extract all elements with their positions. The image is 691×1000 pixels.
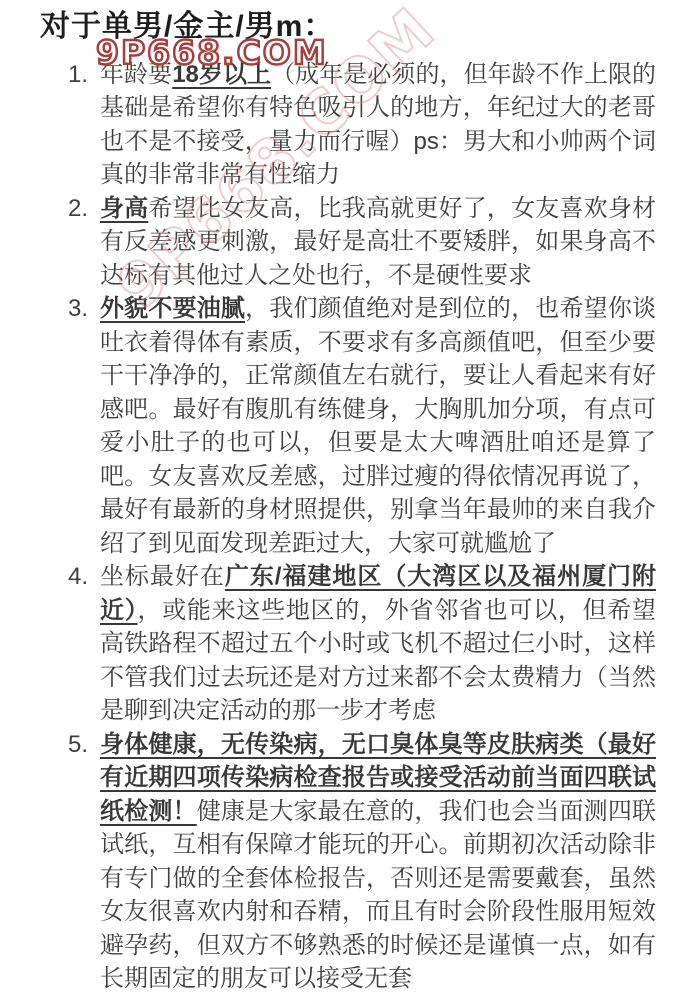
item-text: 身高希望比女友高，比我高就更好了，女友喜欢身材有反差感更刺激，最好是高壮不要矮胖… bbox=[100, 192, 656, 293]
text-segment: 年龄要 bbox=[100, 61, 172, 88]
emphasized-text: 外貌不要油腻 bbox=[100, 295, 245, 322]
list-item: 3.外貌不要油腻，我们颜值绝对是到位的，也希望你谈吐衣着得体有素质，不要求有多高… bbox=[40, 292, 691, 560]
item-text: 外貌不要油腻，我们颜值绝对是到位的，也希望你谈吐衣着得体有素质，不要求有多高颜值… bbox=[100, 292, 656, 560]
list-item: 4.坐标最好在广东/福建地区（大湾区以及福州厦门附近），或能来这些地区的，外省邻… bbox=[40, 560, 691, 728]
emphasized-text: 身高 bbox=[100, 195, 148, 222]
page-title: 对于单男/金主/男m： bbox=[40, 8, 691, 46]
list-item: 5.身体健康，无传染病，无口臭体臭等皮肤病类（最好有近期四项传染病检查报告或接受… bbox=[40, 728, 691, 996]
emphasized-text: 18岁以上 bbox=[172, 61, 271, 88]
text-segment: ，我们颜值绝对是到位的，也希望你谈吐衣着得体有素质，不要求有多高颜值吧，但至少要… bbox=[100, 295, 656, 557]
text-segment: 健康是大家最在意的，我们也会当面测四联试纸，互相有保障才能玩的开心。前期初次活动… bbox=[100, 798, 656, 993]
item-number: 1. bbox=[40, 58, 100, 92]
list-item: 1.年龄要18岁以上（成年是必须的，但年龄不作上限的基础是希望你有特色吸引人的地… bbox=[40, 58, 691, 192]
item-text: 身体健康，无传染病，无口臭体臭等皮肤病类（最好有近期四项传染病检查报告或接受活动… bbox=[100, 728, 656, 996]
item-number: 5. bbox=[40, 728, 100, 762]
requirements-list: 1.年龄要18岁以上（成年是必须的，但年龄不作上限的基础是希望你有特色吸引人的地… bbox=[40, 58, 691, 996]
item-number: 4. bbox=[40, 560, 100, 594]
list-item: 2.身高希望比女友高，比我高就更好了，女友喜欢身材有反差感更刺激，最好是高壮不要… bbox=[40, 192, 691, 293]
document-page: 对于单男/金主/男m： 1.年龄要18岁以上（成年是必须的，但年龄不作上限的基础… bbox=[0, 0, 691, 996]
item-text: 坐标最好在广东/福建地区（大湾区以及福州厦门附近），或能来这些地区的，外省邻省也… bbox=[100, 560, 656, 728]
item-number: 3. bbox=[40, 292, 100, 326]
text-segment: 希望比女友高，比我高就更好了，女友喜欢身材有反差感更刺激，最好是高壮不要矮胖，如… bbox=[100, 195, 656, 289]
text-segment: ，或能来这些地区的，外省邻省也可以，但希望高铁路程不超过五个小时或飞机不超过仨小… bbox=[100, 597, 656, 725]
item-number: 2. bbox=[40, 192, 100, 226]
item-text: 年龄要18岁以上（成年是必须的，但年龄不作上限的基础是希望你有特色吸引人的地方，… bbox=[100, 58, 656, 192]
text-segment: 坐标最好在 bbox=[100, 563, 225, 590]
